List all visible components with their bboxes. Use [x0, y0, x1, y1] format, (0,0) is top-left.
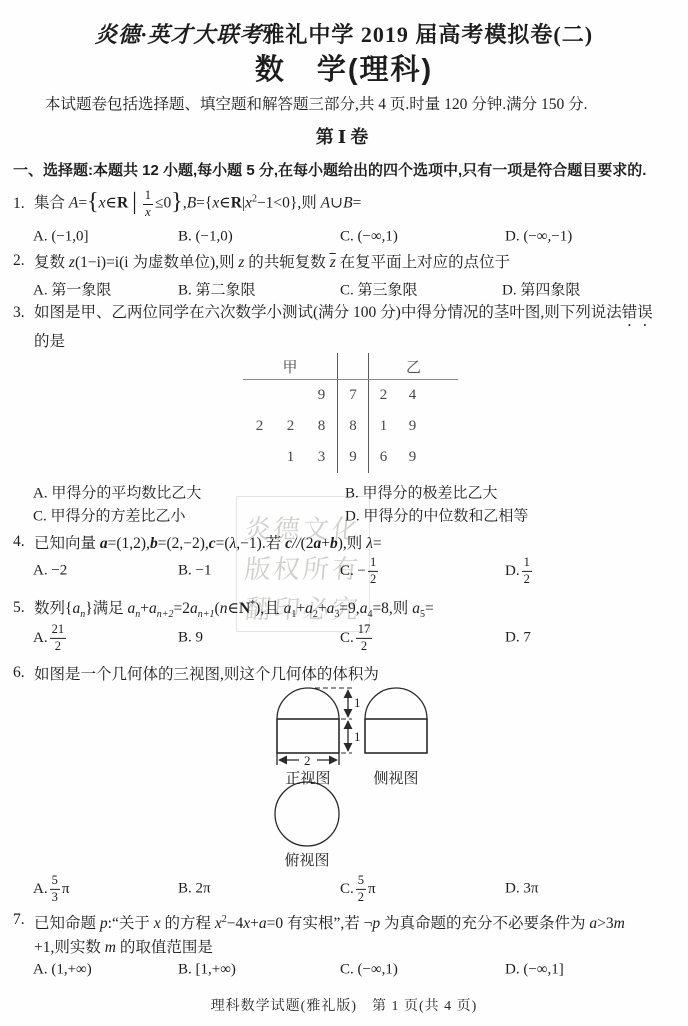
option-D: D. 甲得分的中位数和乙相等	[345, 505, 528, 526]
exam-page: 炎德文化 版权所有 翻印必究 炎德·英才大联考雅礼中学 2019 届高考模拟卷(…	[0, 0, 688, 1026]
option-D: D. 12	[505, 555, 534, 587]
option-C: C. (−∞,1)	[340, 229, 398, 246]
option-C: C. 172	[340, 622, 374, 654]
stem-leaf-row: 228819	[243, 411, 458, 442]
option-C: C. (−∞,1)	[340, 962, 398, 979]
stem-leaf-plot: 甲乙972422881913969	[243, 353, 458, 473]
question-number: 6.	[13, 664, 34, 682]
leaf-left: 228	[243, 411, 337, 442]
side-view-rect	[365, 719, 427, 753]
dimension-label-width: 2	[304, 753, 311, 768]
question-6-options: A. 53πB. 2πC. 52πD. 3π	[0, 869, 688, 909]
option-B: B. 2π	[178, 881, 211, 898]
option-D: D. 3π	[505, 881, 538, 898]
exam-title: 炎德·英才大联考雅礼中学 2019 届高考模拟卷(二)	[0, 18, 688, 49]
option-B: B. 9	[178, 630, 203, 647]
option-B: B. 第二象限	[178, 279, 256, 300]
side-view-label: 侧视图	[373, 770, 418, 787]
question-7-options: A. (1,+∞)B. [1,+∞)C. (−∞,1)D. (−∞,1]	[0, 956, 688, 984]
option-C: C. 52π	[340, 873, 376, 905]
stem-leaf-row: 9724	[243, 380, 458, 411]
dimension-label-body: 1	[354, 729, 361, 744]
question-1: 1. 集合 A={x∈R | 1x≤0},B={x∈R|x2−1<0},则 A∪…	[13, 184, 680, 224]
question-text: 数列{an}满足 an+an+2=2an+1(n∈N*),且 a1+a2+a3=…	[34, 596, 434, 620]
three-view-diagram: 1 1 2 正视图 侧视图 俯视图	[240, 681, 475, 871]
question-text: 集合 A={x∈R | 1x≤0},B={x∈R|x2−1<0},则 A∪B=	[34, 188, 361, 220]
stem-value: 9	[337, 442, 369, 473]
stem-leaf-header: 甲乙	[243, 353, 458, 380]
option-A: A. 第一象限	[33, 279, 111, 300]
exam-title-rest: 雅礼中学 2019 届高考模拟卷(二)	[262, 22, 593, 47]
option-C: C. 第三象限	[340, 279, 418, 300]
question-number: 7.	[13, 908, 34, 932]
question-7: 7. 已知命题 p:“关于 x 的方程 x2−4x+a=0 有实根”,若 ¬p …	[13, 908, 680, 960]
dimension-label-dome: 1	[354, 695, 361, 710]
question-5-options: A. 212B. 9C. 172D. 7	[0, 618, 688, 658]
stem-column-header	[337, 353, 369, 379]
question-3-options-row-2: C. 甲得分的方差比乙小D. 甲得分的中位数和乙相等	[0, 502, 688, 528]
stem-value: 8	[337, 411, 369, 442]
top-view-label: 俯视图	[284, 852, 329, 869]
question-3: 3. 如图是甲、乙两位同学在六次数学小测试(满分 100 分)中得分情况的茎叶图…	[13, 301, 680, 353]
section-intro: 一、选择题:本题共 12 小题,每小题 5 分,在每小题给出的四个选项中,只有一…	[13, 159, 646, 180]
right-header: 乙	[369, 353, 458, 379]
front-view-dome	[277, 688, 339, 719]
front-view-label: 正视图	[285, 770, 330, 787]
question-text: 如图是甲、乙两位同学在六次数学小测试(满分 100 分)中得分情况的茎叶图,则下…	[34, 301, 653, 353]
left-header: 甲	[243, 353, 337, 379]
option-A: A. 53π	[33, 873, 69, 905]
option-C: C. −12	[340, 555, 380, 587]
question-number: 3.	[13, 301, 34, 324]
front-view-rect	[277, 719, 339, 753]
leaf-left: 9	[243, 380, 337, 411]
question-text: 已知向量 a=(1,2),b=(2,−2),c=(λ,−1).若 c//(2a+…	[34, 531, 382, 553]
question-number: 5.	[13, 599, 34, 617]
option-C: C. 甲得分的方差比乙小	[33, 505, 186, 526]
exam-title-brand: 炎德·英才大联考	[95, 22, 263, 47]
option-A: A. (1,+∞)	[33, 962, 92, 979]
option-B: B. 甲得分的极差比乙大	[345, 482, 498, 503]
leaf-right: 69	[369, 442, 458, 473]
stem-value: 7	[337, 380, 369, 411]
subject-title: 数 学(理科)	[0, 47, 688, 88]
question-number: 2.	[13, 252, 34, 270]
question-4-options: A. −2B. −1C. −12D. 12	[0, 552, 688, 590]
question-2-options: A. 第一象限B. 第二象限C. 第三象限D. 第四象限	[0, 276, 688, 302]
option-A: A. (−1,0]	[33, 229, 89, 246]
option-D: D. (−∞,−1)	[505, 229, 572, 246]
option-B: B. [1,+∞)	[178, 962, 236, 979]
question-number: 1.	[13, 195, 34, 213]
section-title: 第Ⅰ卷	[0, 123, 688, 149]
option-B: B. −1	[178, 563, 211, 580]
leaf-right: 24	[369, 380, 458, 411]
question-1-options: A. (−1,0]B. (−1,0)C. (−∞,1)D. (−∞,−1)	[0, 224, 688, 250]
leaf-right: 19	[369, 411, 458, 442]
option-D: D. 第四象限	[502, 279, 580, 300]
top-view-circle	[275, 782, 339, 846]
option-D: D. 7	[505, 630, 531, 647]
option-A: A. −2	[33, 563, 67, 580]
option-D: D. (−∞,1]	[505, 962, 564, 979]
stem-leaf-row: 13969	[243, 442, 458, 473]
option-A: A. 甲得分的平均数比乙大	[33, 482, 201, 503]
question-2: 2. 复数 z(1−i)=i(i 为虚数单位),则 z 的共轭复数 z 在复平面…	[13, 249, 680, 273]
option-A: A. 212	[33, 622, 68, 654]
question-number: 4.	[13, 533, 34, 551]
side-view-dome	[365, 688, 427, 719]
exam-instructions: 本试题卷包括选择题、填空题和解答题三部分,共 4 页.时量 120 分钟.满分 …	[45, 92, 588, 114]
option-B: B. (−1,0)	[178, 229, 233, 246]
question-text: 已知命题 p:“关于 x 的方程 x2−4x+a=0 有实根”,若 ¬p 为真命…	[34, 908, 625, 960]
leaf-left: 13	[243, 442, 337, 473]
question-text: 复数 z(1−i)=i(i 为虚数单位),则 z 的共轭复数 z 在复平面上对应…	[34, 250, 510, 272]
page-footer: 理科数学试题(雅礼版) 第 1 页(共 4 页)	[0, 995, 688, 1015]
